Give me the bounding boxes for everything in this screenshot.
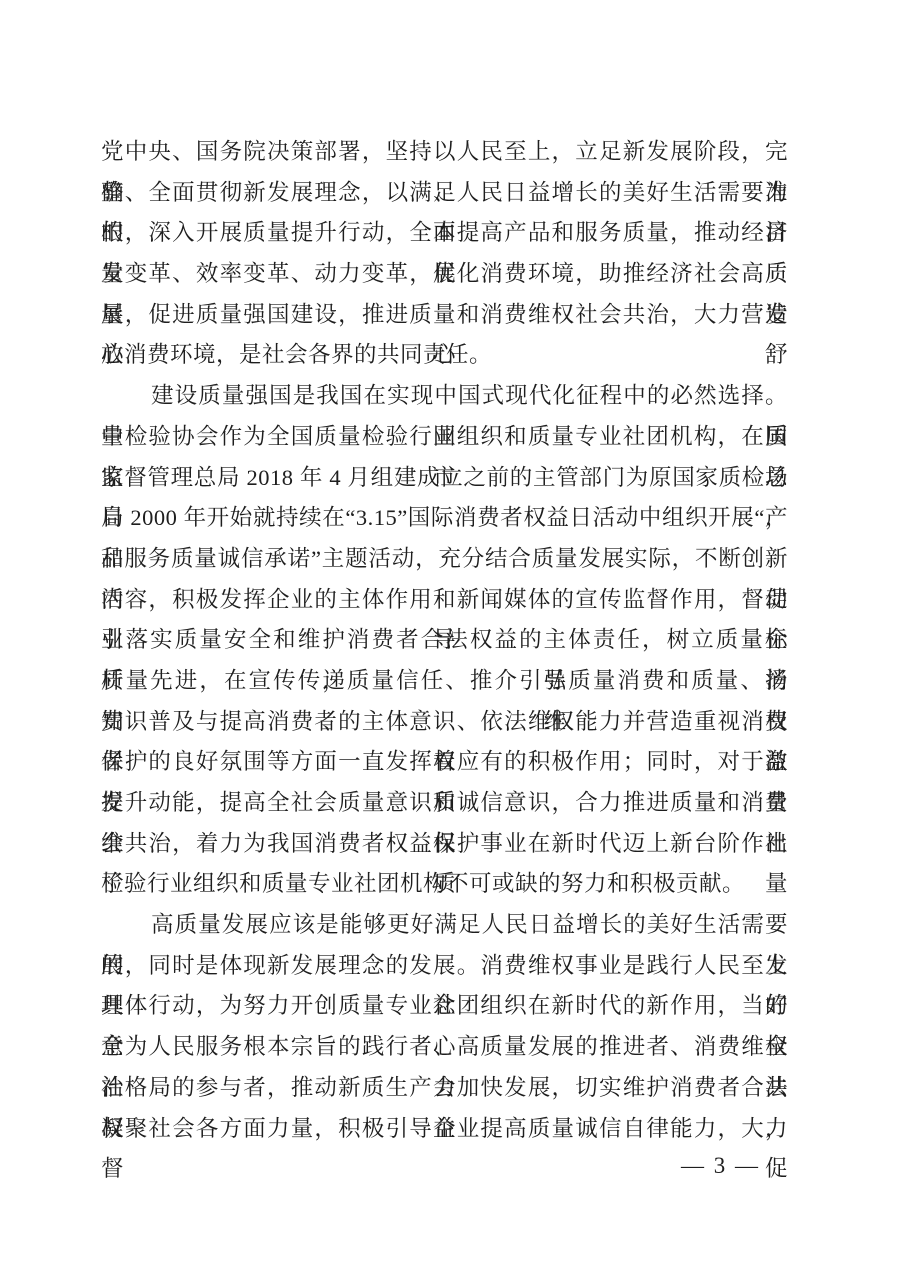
- text-line: 和服务质量诚信承诺”主题活动，充分结合质量发展实际，不断创新活动: [101, 539, 788, 580]
- text-line: 监督管理总局 2018 年 4 月组建成立之前的主管部门为原国家质检总局，: [101, 458, 788, 499]
- text-line: 凝聚社会各方面力量，积极引导企业提高质量诚信自律能力，大力督促: [101, 1109, 788, 1150]
- text-line: 会共治，着力为我国消费者权益保护事业在新时代迈上新台阶作出了质量: [101, 824, 788, 865]
- text-line: 的，深入开展质量提升行动，全面提高产品和服务质量，推动经济发展质: [101, 213, 788, 254]
- text-line: 内容，积极发挥企业的主体作用和新闻媒体的宣传监督作用，督促引导企: [101, 580, 788, 621]
- text-line: 检验行业组织和质量专业社团机构不可或缺的努力和积极贡献。: [101, 864, 788, 905]
- page-number: — 3 —: [681, 1146, 760, 1186]
- text-line: 治格局的参与者，推动新质生产力加快发展，切实维护消费者合法权益，: [101, 1068, 788, 1109]
- text-line: 业落实质量安全和维护消费者合法权益的主体责任，树立质量标杆，弘扬: [101, 620, 788, 661]
- text-line: 具体行动，为努力开创质量专业社团组织在新时代的新作用，当好全心全: [101, 986, 788, 1027]
- text-line: 建设质量强国是我国在实现中国式现代化征程中的必然选择。中国质: [101, 376, 788, 417]
- text-line: 党中央、国务院决策部署，坚持以人民至上，立足新发展阶段，完整、准: [101, 132, 788, 173]
- text-line: 提升动能，提高全社会质量意识和诚信意识，合力推进质量和消费维权社: [101, 783, 788, 824]
- text-line: 高质量发展应该是能够更好满足人民日益增长的美好生活需要的发: [101, 905, 788, 946]
- document-page: 党中央、国务院决策部署，坚持以人民至上，立足新发展阶段，完整、准确、全面贯彻新发…: [0, 0, 900, 1273]
- text-line: 展，同时是体现新发展理念的发展。消费维权事业是践行人民至上理念的: [101, 946, 788, 987]
- text-line: 量变革、效率变革、动力变革，优化消费环境，助推经济社会高质量发: [101, 254, 788, 295]
- text-line: 量检验协会作为全国质量检验行业组织和质量专业社团机构，在国家市场: [101, 417, 788, 458]
- text-line: 质量先进，在宣传传递质量信任、推介引导质量消费和质量、消费、维权: [101, 661, 788, 702]
- text-line: 意为人民服务根本宗旨的践行者、高质量发展的推进者、消费维权社会共: [101, 1027, 788, 1068]
- text-line: 保护的良好氛围等方面一直发挥着应有的积极作用；同时，对于激发质量: [101, 742, 788, 783]
- text-line: 知识普及与提高消费者的主体意识、依法维权能力并营造重视消费者权益: [101, 702, 788, 743]
- text-line: 展，促进质量强国建设，推进质量和消费维权社会共治，大力营造放心舒: [101, 295, 788, 336]
- document-body: 党中央、国务院决策部署，坚持以人民至上，立足新发展阶段，完整、准确、全面贯彻新发…: [101, 132, 788, 1149]
- text-line: 自 2000 年开始就持续在“3.15”国际消费者权益日活动中组织开展“产品: [101, 498, 788, 539]
- text-line: 确、全面贯彻新发展理念，以满足人民日益增长的美好生活需要为根本目: [101, 173, 788, 214]
